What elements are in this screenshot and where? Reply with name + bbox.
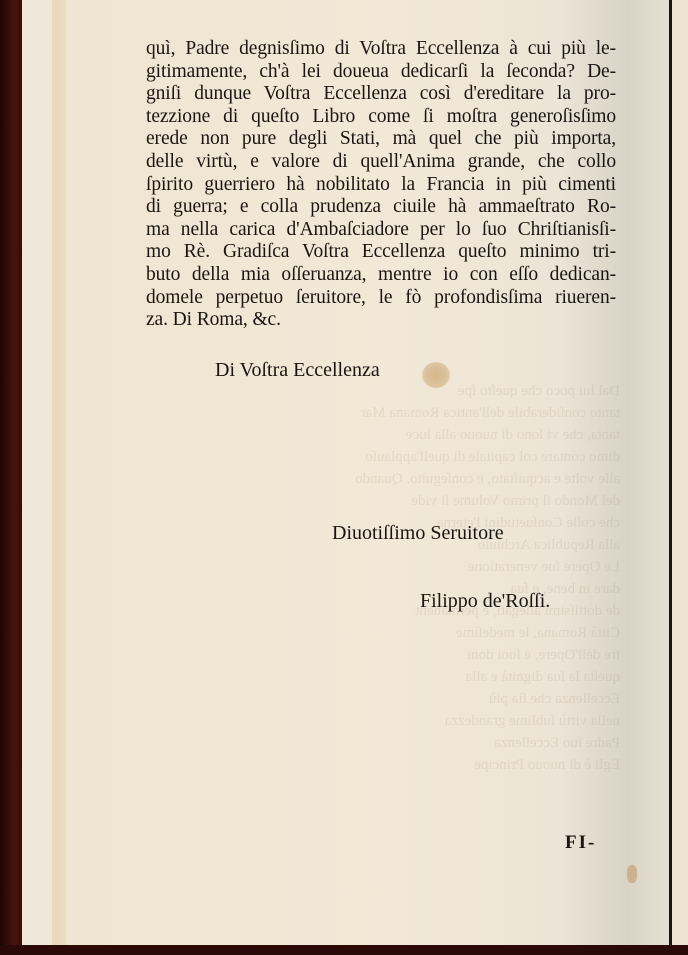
text-line: gniſi dunque Voſtra Eccellenza così d'er…	[146, 83, 616, 106]
text-line: ſpirito guerriero hà nobilitato la Franc…	[146, 174, 616, 197]
page-edge-leaf	[22, 0, 55, 945]
book-binding-bottom	[0, 945, 688, 955]
show-through-text: Dal lui poco che queſto ſpe tanto conſid…	[200, 380, 620, 850]
text-line: delle virtù, e valore di quell'Anima gra…	[146, 151, 616, 174]
text-line: za. Di Roma, &c.	[146, 309, 616, 332]
closing-salutation: Di Voſtra Eccellenza	[215, 359, 380, 382]
ink-stain	[422, 362, 450, 388]
text-line: tezzione di queſto Libro come ſi moſtra …	[146, 106, 616, 129]
text-line: mo Rè. Gradiſca Voſtra Eccellenza queſto…	[146, 241, 616, 264]
text-line: di guerra; e colla prudenza ciuile hà am…	[146, 196, 616, 219]
next-page-edge	[672, 0, 688, 945]
servant-formula: Diuotiſſimo Seruitore	[332, 522, 504, 545]
text-line: ma nella carica d'Ambaſciadore per lo ſu…	[146, 219, 616, 242]
signature: Filippo de'Roſſi.	[420, 590, 550, 613]
catchword: FI-	[565, 832, 596, 854]
text-line: quì, Padre degnisſimo di Voſtra Eccellen…	[146, 38, 616, 61]
dedication-body: quì, Padre degnisſimo di Voſtra Eccellen…	[146, 38, 616, 332]
text-line: erede non pure degli Stati, mà quel che …	[146, 128, 616, 151]
book-binding	[0, 0, 24, 955]
ink-stain	[627, 865, 637, 883]
text-line: gitimamente, ch'à lei doueua dedicarſi l…	[146, 61, 616, 84]
text-line: buto della mia oſſeruanza, mentre io con…	[146, 264, 616, 287]
text-line: domele perpetuo ſeruitore, le fò profond…	[146, 287, 616, 310]
